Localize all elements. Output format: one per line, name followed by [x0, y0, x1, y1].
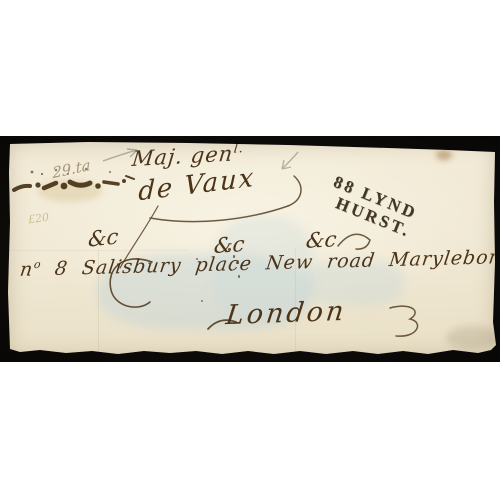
pencil-rate-note: £20: [27, 211, 50, 227]
page: 29.ta: [0, 0, 500, 500]
address-number-superscript: o: [33, 258, 42, 271]
flourish: [104, 252, 166, 314]
ink-speck: [238, 275, 240, 278]
docket-word1: Maj.: [131, 144, 185, 171]
docket-word2: gen: [190, 142, 235, 168]
address-city: London: [225, 296, 347, 331]
ink-speck: [228, 248, 231, 251]
paper-stain: [446, 326, 498, 350]
cover-photo: 29.ta: [0, 136, 500, 362]
ink-speck: [201, 300, 203, 302]
etcetera-mark: &c: [305, 227, 337, 253]
ink-stain: [436, 150, 452, 160]
flourish: [386, 302, 428, 344]
etcetera-mark: &c: [87, 224, 120, 251]
docket-superscript: l.: [233, 141, 245, 157]
postal-cover: 29.ta: [8, 142, 496, 357]
